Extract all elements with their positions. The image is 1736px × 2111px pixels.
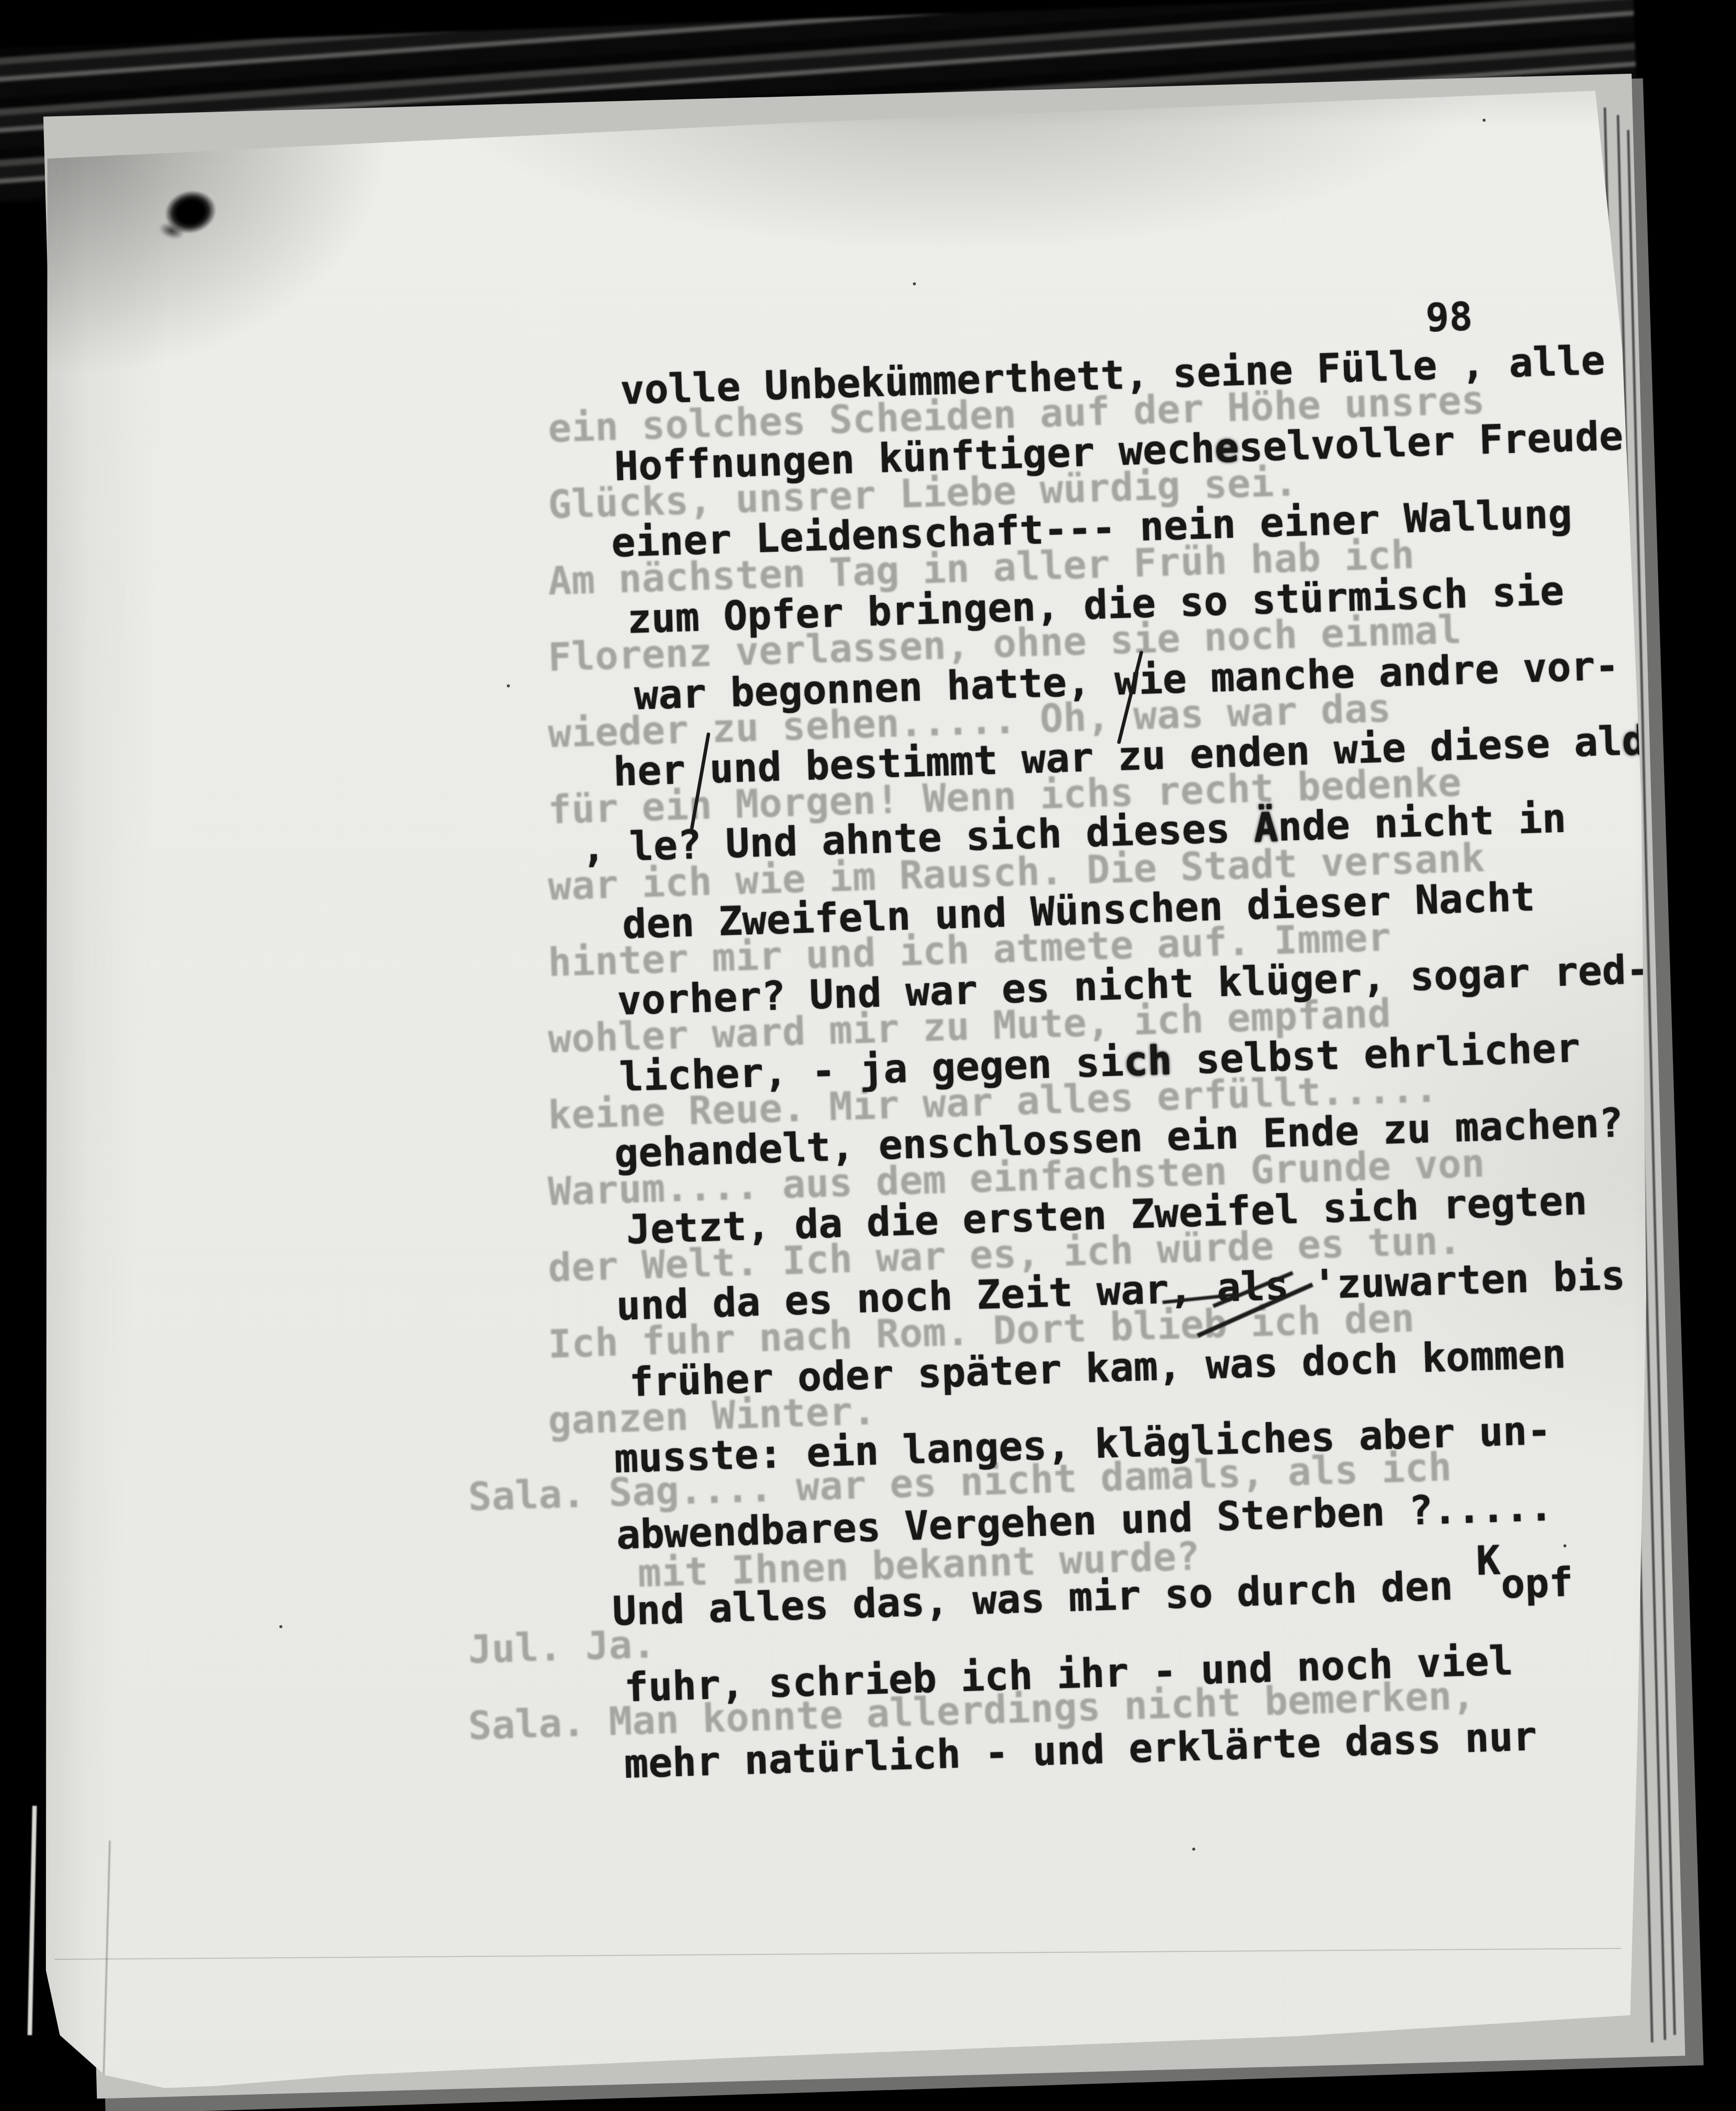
typed-text-segment: vorher? Und war es nicht klüger, sogar r… <box>617 946 1651 1024</box>
typed-line: Jetzt, da die ersten Zweifel sich regten <box>626 1177 1588 1253</box>
typed-line: licher, - ja gegen sich selbst ehrlicher <box>619 1025 1581 1100</box>
ink-speck <box>507 684 510 687</box>
typed-text-segment: früher oder später kam, was doch kommen <box>629 1331 1566 1406</box>
ink-speck <box>913 282 916 285</box>
ink-speck <box>1483 119 1486 122</box>
typed-line: vorher? Und war es nicht klüger, sogar r… <box>617 946 1651 1024</box>
typed-text-segment: K <box>1476 1537 1501 1584</box>
typed-text-segment: selbst ehrlicher <box>1171 1025 1580 1083</box>
typed-text-segment: als <box>1216 1263 1290 1311</box>
scanned-manuscript-page: ein solches Scheiden auf der Höhe unsres… <box>0 0 1736 2111</box>
typed-text-segment: abwendbares Vergehen und Sterben ?..... <box>616 1483 1553 1558</box>
typed-line: früher oder später kam, was doch kommen <box>629 1331 1566 1406</box>
typed-text-segment: einer Leidenschaft--- nein einer Wallung <box>611 490 1573 566</box>
typed-line: fuhr, schrieb ich ihr - und noch viel <box>624 1638 1514 1711</box>
typed-line: abwendbares Vergehen und Sterben ?..... <box>616 1483 1553 1558</box>
page-number: 98 <box>1425 294 1473 341</box>
typed-line: musste: ein langes, klägliches aber un- <box>614 1407 1551 1482</box>
typed-line: , le? Und ahnte sich dieses Ände nicht i… <box>581 795 1567 871</box>
typed-text-segment: nde nicht in <box>1277 795 1567 850</box>
typed-text-segment: Hoffnungen künftiger wech <box>614 425 1215 490</box>
paper-sliver <box>27 1806 37 2035</box>
typed-text-segment: Jetzt, da die ersten Zweifel sich regten <box>626 1177 1588 1253</box>
typed-line: Und alles das, was mir so durch den Kopf <box>612 1559 1574 1635</box>
typed-text-segment: mehr natürlich - und erklärte dass nur <box>624 1713 1537 1787</box>
typed-text-segment: Ä <box>1253 804 1279 850</box>
typed-text-segment: her und bestimmt war zu enden wie diese … <box>613 718 1623 795</box>
typed-line: einer Leidenschaft--- nein einer Wallung <box>611 490 1573 566</box>
ink-speck <box>279 1625 282 1628</box>
typed-text-block: volle Unbekümmerthett, seine Fülle , all… <box>0 0 1736 2111</box>
typed-text-segment: , le? Und ahnte sich dieses <box>581 805 1255 871</box>
typed-line: Hoffnungen künftiger wecheselvoller Freu… <box>614 412 1648 490</box>
typed-line: her und bestimmt war zu enden wie diese … <box>613 717 1647 795</box>
typed-text-segment: gehandelt, enschlossen ein Ende zu mache… <box>614 1099 1624 1177</box>
typed-text-segment: den Zweifeln und Wünschen dieser Nacht <box>622 873 1535 948</box>
typed-line: mehr natürlich - und erklärte dass nur <box>624 1713 1537 1787</box>
typed-text-segment: opf <box>1500 1559 1573 1607</box>
paper-sheet: ein solches Scheiden auf der Höhe unsres… <box>0 0 1736 2111</box>
typed-text-segment: selvoller Freuden <box>1238 412 1648 471</box>
typed-text-segment: 'zuwarten bis <box>1288 1252 1626 1309</box>
typed-line: volle Unbekümmerthett, seine Fülle , all… <box>620 337 1606 414</box>
typed-line: den Zweifeln und Wünschen dieser Nacht <box>622 873 1535 948</box>
ink-speck <box>1563 1544 1566 1547</box>
typed-line: gehandelt, enschlossen ein Ende zu mache… <box>614 1099 1624 1177</box>
typed-text-segment: e <box>1214 424 1240 471</box>
typed-text-segment: zum Opfer bringen, die so stürmisch sie <box>627 568 1564 642</box>
typed-text-segment: volle Unbekümmerthett, seine Fülle , all… <box>620 337 1606 414</box>
typed-text-segment: und da es noch Zeit war, <box>616 1265 1217 1329</box>
typed-text-segment: ch <box>1123 1037 1172 1085</box>
typed-line: und da es noch Zeit war, als 'zuwarten b… <box>616 1252 1626 1329</box>
typed-text-segment: licher, - ja gegen si <box>619 1039 1124 1100</box>
typed-line: zum Opfer bringen, die so stürmisch sie <box>627 568 1564 642</box>
typed-text-segment: fuhr, schrieb ich ihr - und noch viel <box>624 1638 1514 1711</box>
typed-text-segment: musste: ein langes, klägliches aber un- <box>614 1407 1551 1482</box>
typed-text-segment: Und alles das, was mir so durch den <box>612 1562 1478 1635</box>
ink-speck <box>1192 1848 1195 1851</box>
